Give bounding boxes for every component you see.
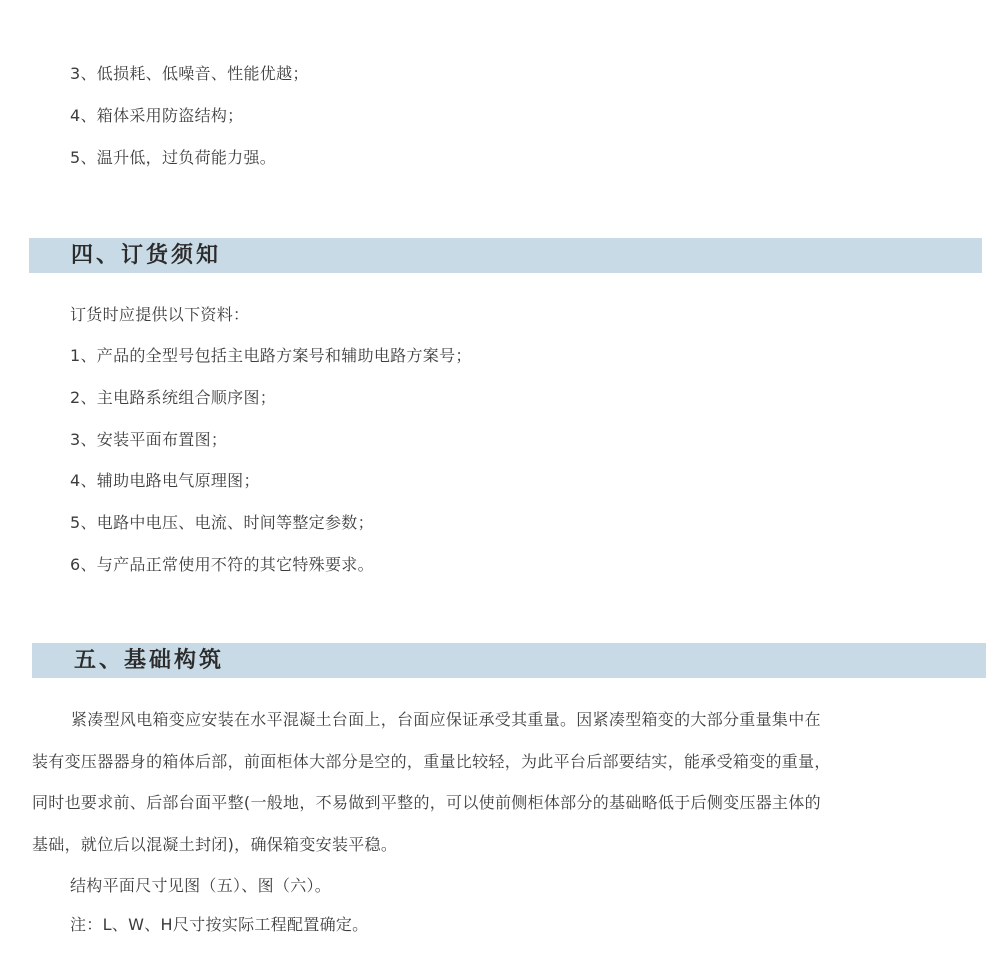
feature-item: 4、箱体采用防盗结构； [70,106,243,126]
section-title: 五、基础构筑 [74,647,224,675]
paragraph-line: 同时也要求前、后部台面平整(一般地，不易做到平整的，可以使前侧柜体部分的基础略低… [32,793,821,813]
section-header-foundation: 五、基础构筑 [32,643,986,678]
feature-item: 3、低损耗、低噪音、性能优越； [70,64,309,84]
section-title: 四、订货须知 [71,242,221,270]
ordering-item: 3、安装平面布置图； [70,430,227,450]
paragraph-line: 基础，就位后以混凝土封闭)，确保箱变安装平稳。 [32,835,397,855]
dimension-note: 注：L、W、H尺寸按实际工程配置确定。 [70,915,368,935]
ordering-item: 2、主电路系统组合顺序图； [70,388,276,408]
ordering-item: 4、辅助电路电气原理图； [70,471,260,491]
section-header-ordering: 四、订货须知 [29,238,982,273]
ordering-intro: 订货时应提供以下资料： [70,305,249,325]
ordering-item: 5、电路中电压、电流、时间等整定参数； [70,513,374,533]
figure-reference: 结构平面尺寸见图（五）、图（六）。 [70,876,331,896]
paragraph-line: 装有变压器器身的箱体后部，前面柜体大部分是空的，重量比较轻，为此平台后部要结实，… [32,752,831,772]
ordering-item: 6、与产品正常使用不符的其它特殊要求。 [70,555,374,575]
feature-item: 5、温升低，过负荷能力强。 [70,148,276,168]
ordering-item: 1、产品的全型号包括主电路方案号和辅助电路方案号； [70,346,472,366]
paragraph-line: 紧凑型风电箱变应安装在水平混凝土台面上，台面应保证承受其重量。因紧凑型箱变的大部… [71,710,821,730]
